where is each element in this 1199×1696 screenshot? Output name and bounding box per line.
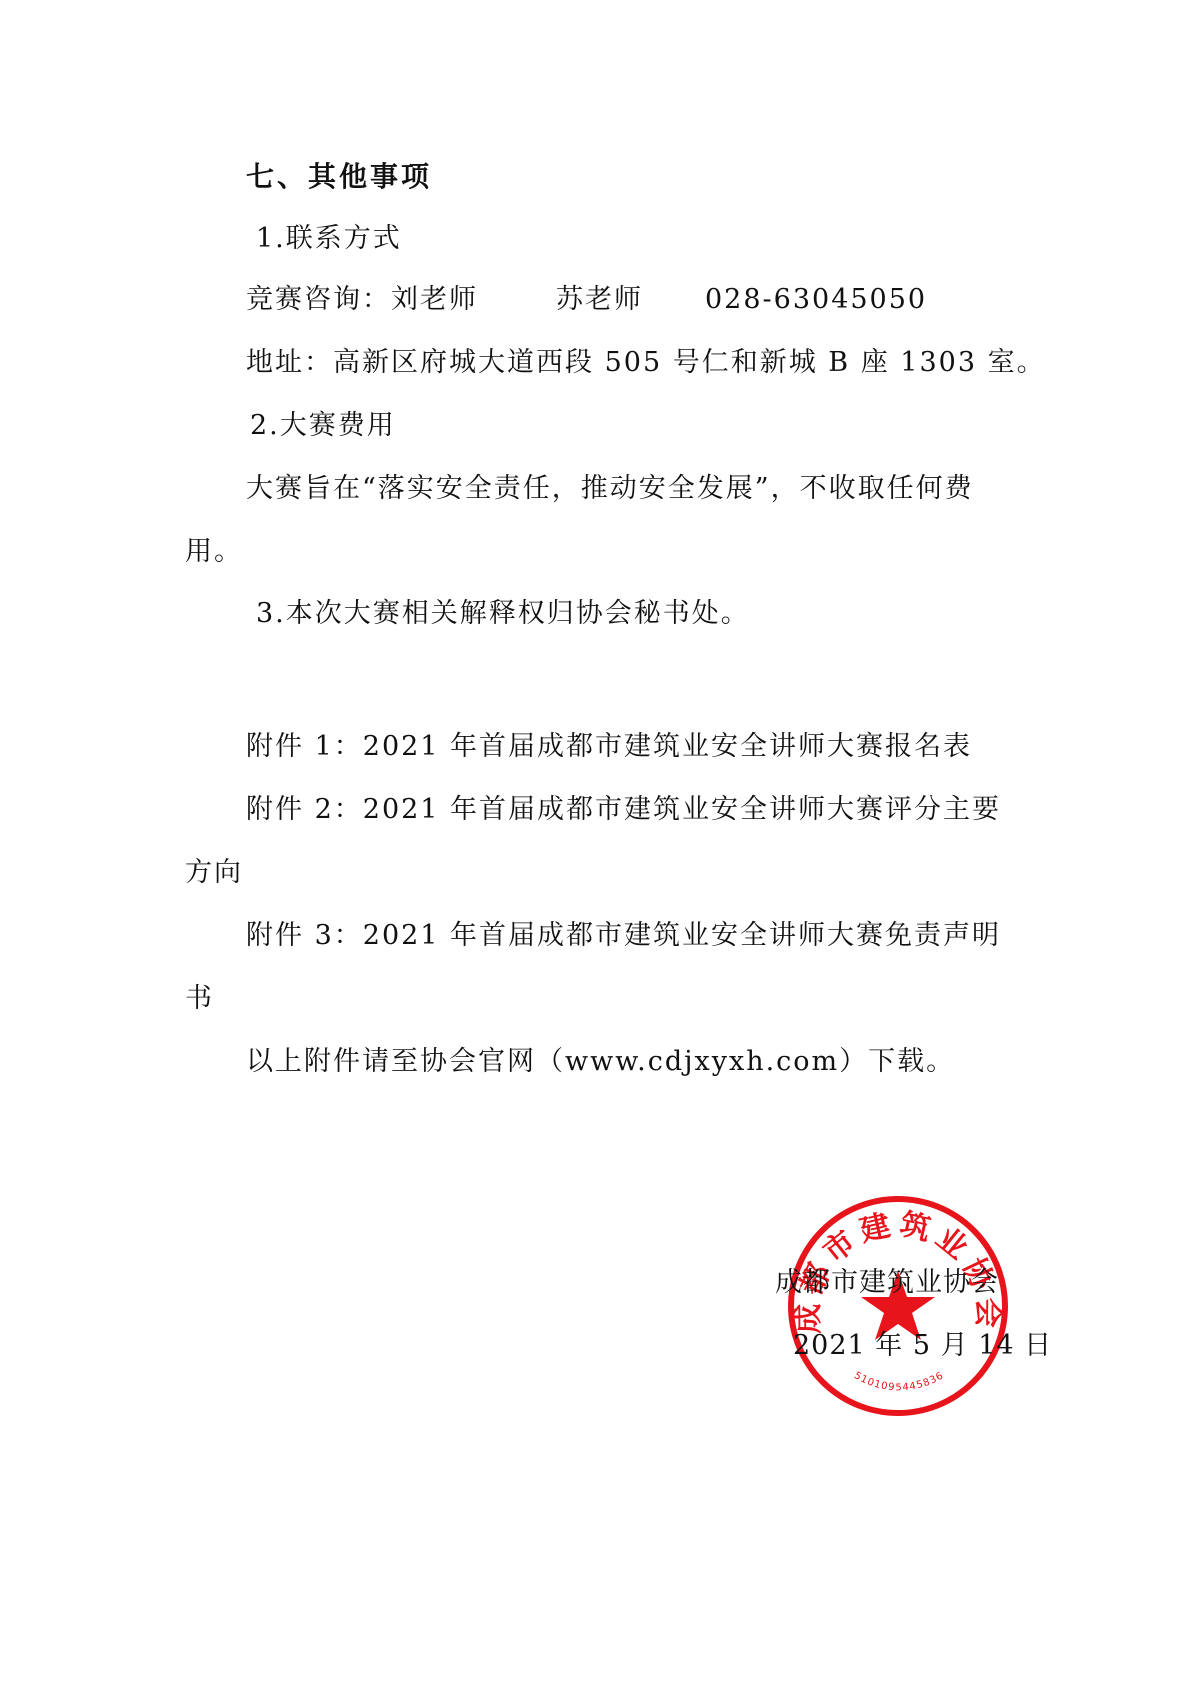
seal-serial: 5101095445836: [852, 1370, 946, 1393]
attachment-3-wrap: 书: [185, 982, 214, 1016]
contact-title: 1.联系方式: [256, 222, 402, 256]
attachment-2: 附件 2：2021 年首届成都市建筑业安全讲师大赛评分主要: [246, 793, 1001, 827]
contact-line: 竞赛咨询：刘老师苏老师028-63045050: [246, 283, 927, 317]
fees-title: 2.大赛费用: [250, 409, 396, 443]
official-seal-icon: 成都市建筑业协会 5101095445836: [785, 1193, 1011, 1419]
attachment-3: 附件 3：2021 年首届成都市建筑业安全讲师大赛免责声明: [246, 919, 1001, 953]
fees-text-line1: 大赛旨在“落实安全责任，推动安全发展”，不收取任何费: [246, 472, 974, 506]
fees-text-line2: 用。: [185, 535, 243, 569]
address-line: 地址：高新区府城大道西段 505 号仁和新城 B 座 1303 室。: [246, 346, 1046, 380]
attachment-2-wrap: 方向: [185, 856, 243, 890]
signature-organization: 成都市建筑业协会: [775, 1266, 999, 1300]
svg-text:5101095445836: 5101095445836: [852, 1370, 946, 1393]
consult-label: 竞赛咨询：刘老师: [246, 284, 478, 315]
signature-date: 2021 年 5 月 14 日: [793, 1329, 1052, 1363]
attachment-1: 附件 1：2021 年首届成都市建筑业安全讲师大赛报名表: [246, 730, 972, 764]
rights-note: 3.本次大赛相关解释权归协会秘书处。: [256, 597, 750, 631]
download-note: 以上附件请至协会官网（www.cdjxyxh.com）下载。: [246, 1045, 955, 1079]
teacher-su: 苏老师: [556, 284, 643, 315]
document-page: 七、其他事项 1.联系方式 竞赛咨询：刘老师苏老师028-63045050 地址…: [0, 0, 1199, 1696]
section-heading: 七、其他事项: [246, 160, 432, 194]
phone-number: 028-63045050: [705, 284, 927, 315]
